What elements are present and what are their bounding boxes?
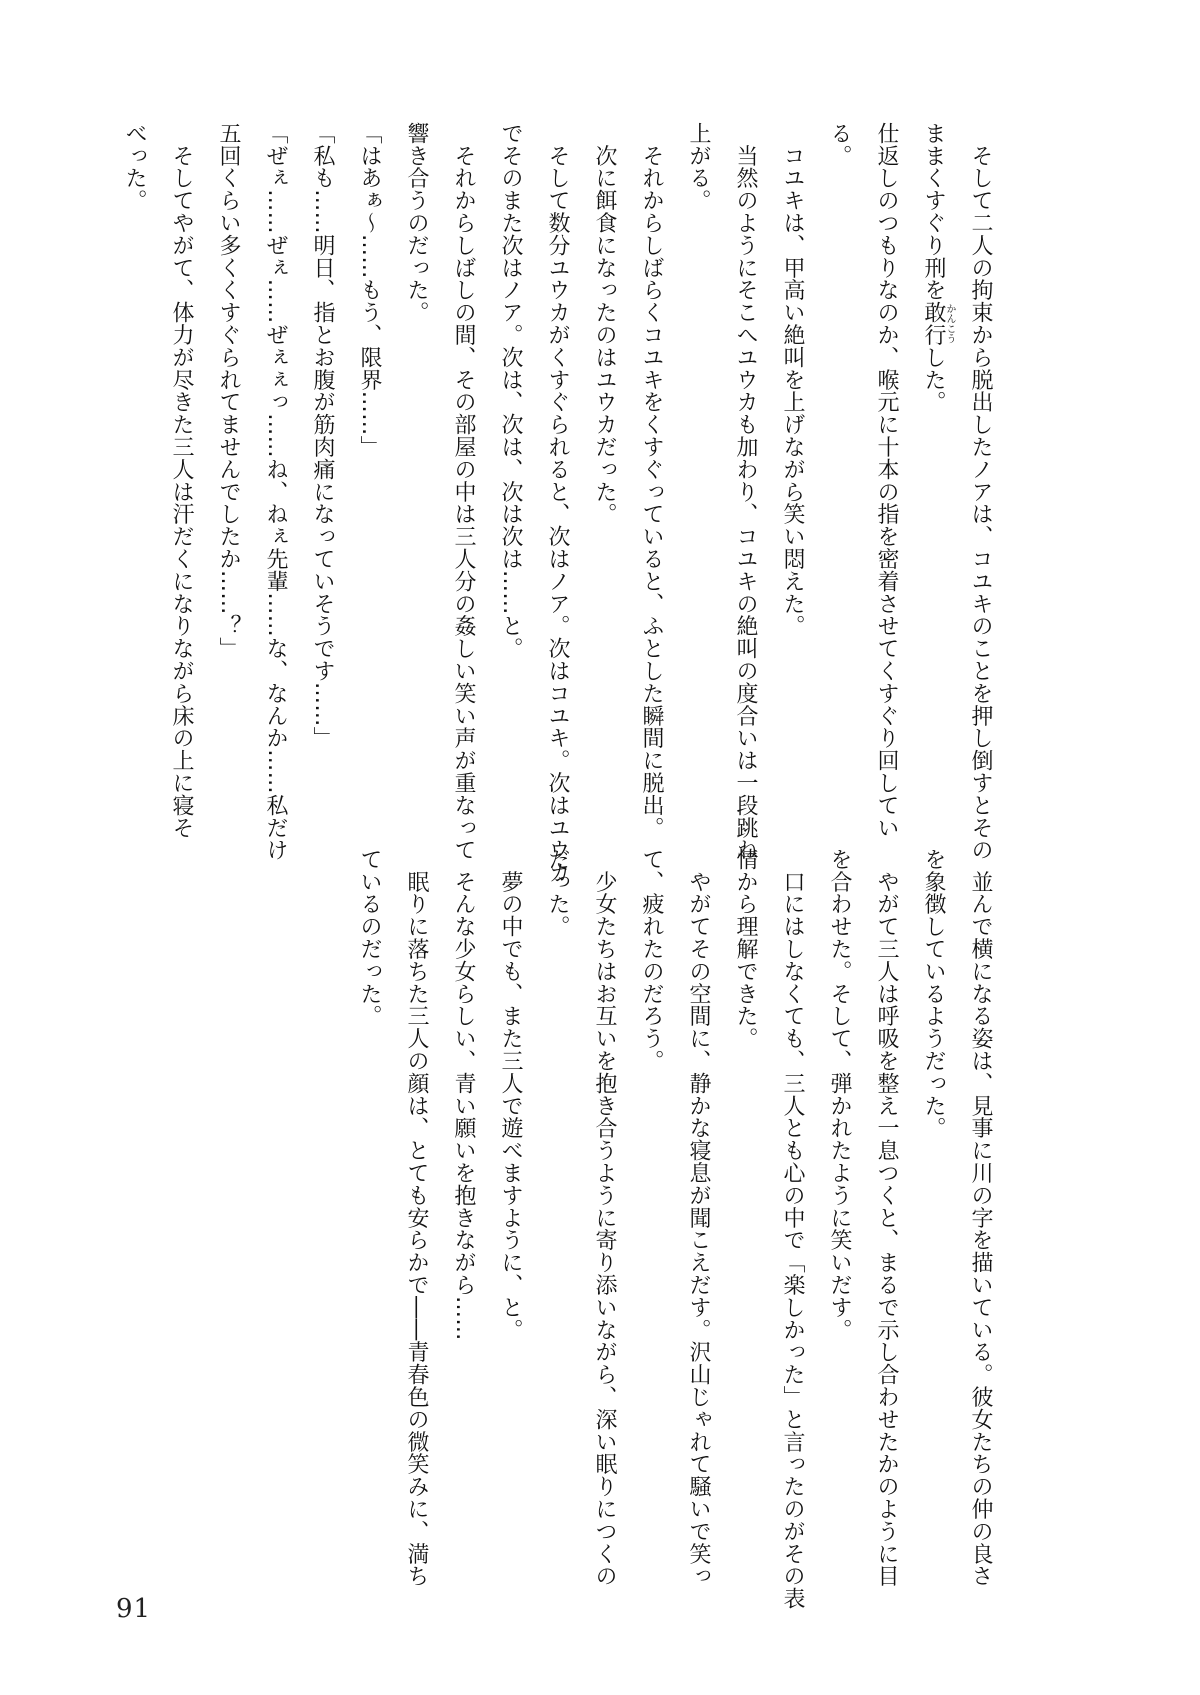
ruby-prefix: ままくすぐり刑を bbox=[921, 122, 946, 301]
top-text-block: そして二人の拘束から脱出したノアは、コユキのことを押し倒すとその ままくすぐり刑… bbox=[111, 122, 1004, 907]
page-number: 91 bbox=[116, 1594, 151, 1624]
text-line: 響き合うのだった。 bbox=[393, 122, 440, 907]
text-line: そんな少女らしい、青い願いを抱きながら…… bbox=[440, 848, 487, 1633]
text-line: 情から理解できた。 bbox=[722, 848, 769, 1633]
furigana-ruby: 敢行かんこう bbox=[921, 301, 946, 346]
text-line: コユキは、甲高い絶叫を上げながら笑い悶えた。 bbox=[769, 122, 816, 907]
text-line: て、疲れたのだろう。 bbox=[628, 848, 675, 1633]
text-line: 当然のようにそこへユウカも加わり、コユキの絶叫の度合いは一段跳ね bbox=[722, 122, 769, 907]
text-line: 五回くらい多くくすぐられてませんでしたか……？」 bbox=[205, 122, 252, 907]
ruby-base: 敢行 bbox=[921, 301, 946, 346]
text-line: べった。 bbox=[111, 122, 158, 907]
text-line: でそのまた次はノア。次は、次は、次は次は……と。 bbox=[487, 122, 534, 907]
text-line: だった。 bbox=[534, 848, 581, 1633]
text-line: ているのだった。 bbox=[346, 848, 393, 1633]
text-line: 口にはしなくても、三人とも心の中で「楽しかった」と言ったのがその表 bbox=[769, 848, 816, 1633]
text-line: 眠りに落ちた三人の顔は、とても安らかで――青春色の微笑みに、満ち bbox=[393, 848, 440, 1633]
text-line: 上がる。 bbox=[675, 122, 722, 907]
text-line: 「はあぁ～……もう、限界……」 bbox=[346, 122, 393, 907]
text-line: 並んで横になる姿は、見事に川の字を描いている。彼女たちの仲の良さ bbox=[957, 848, 1004, 1633]
bottom-text-block: 並んで横になる姿は、見事に川の字を描いている。彼女たちの仲の良さ を象徴している… bbox=[346, 848, 1004, 1633]
text-line: る。 bbox=[816, 122, 863, 907]
text-line: そして二人の拘束から脱出したノアは、コユキのことを押し倒すとその bbox=[957, 122, 1004, 907]
text-line: を合わせた。そして、弾かれたように笑いだす。 bbox=[816, 848, 863, 1633]
text-line: 少女たちはお互いを抱き合うように寄り添いながら、深い眠りにつくの bbox=[581, 848, 628, 1633]
text-line: やがて三人は呼吸を整え一息つくと、まるで示し合わせたかのように目 bbox=[863, 848, 910, 1633]
text-line: やがてその空間に、静かな寝息が聞こえだす。沢山じゃれて騒いで笑っ bbox=[675, 848, 722, 1633]
text-line: 夢の中でも、また三人で遊べますように、と。 bbox=[487, 848, 534, 1633]
text-line: 次に餌食になったのはユウカだった。 bbox=[581, 122, 628, 907]
text-line: 「私も……明日、指とお腹が筋肉痛になっていそうです……」 bbox=[299, 122, 346, 907]
novel-page: そして二人の拘束から脱出したノアは、コユキのことを押し倒すとその ままくすぐり刑… bbox=[0, 0, 1200, 1695]
furigana-text: かんこう bbox=[944, 301, 955, 346]
text-line: そしてやがて、体力が尽きた三人は汗だくになりながら床の上に寝そ bbox=[158, 122, 205, 907]
text-line: 仕返しのつもりなのか、喉元に十本の指を密着させてくすぐり回してい bbox=[863, 122, 910, 907]
text-line: それからしばらくコユキをくすぐっていると、ふとした瞬間に脱出。 bbox=[628, 122, 675, 907]
text-line: ままくすぐり刑を敢行かんこうした。 bbox=[910, 122, 957, 907]
ruby-suffix: した。 bbox=[921, 346, 946, 413]
text-line: を象徴しているようだった。 bbox=[910, 848, 957, 1633]
text-line: そして数分ユウカがくすぐられると、次はノア。次はコユキ。次はユウカ bbox=[534, 122, 581, 907]
text-line: 「ぜぇ……ぜぇ……ぜぇぇっ……ね、ねぇ先輩……な、なんか……私だけ bbox=[252, 122, 299, 907]
text-line: それからしばしの間、その部屋の中は三人分の姦しい笑い声が重なって bbox=[440, 122, 487, 907]
